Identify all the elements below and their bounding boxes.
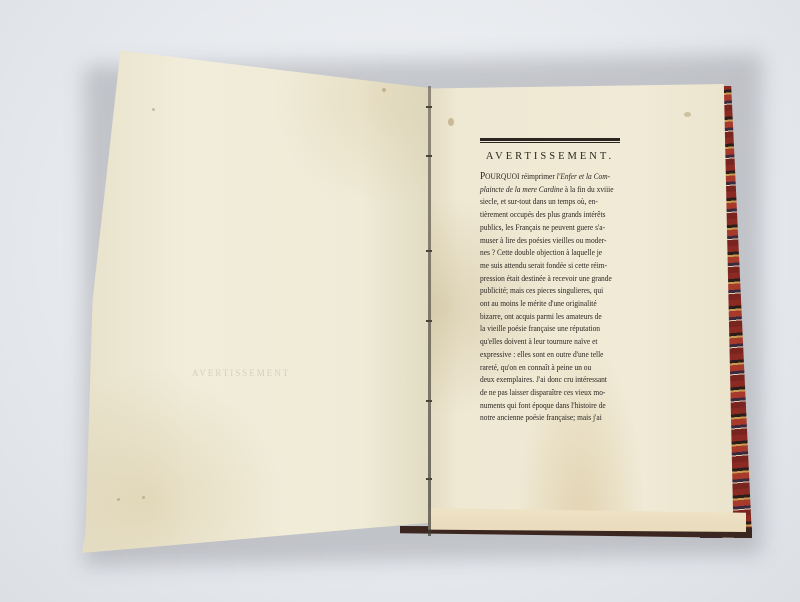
text-span: rareté, qu'on en connaît à peine un ou <box>480 363 591 372</box>
foxing-spot <box>684 112 691 117</box>
foxing-spot <box>382 88 386 92</box>
text-line: publicité; mais ces pieces singulieres, … <box>480 285 621 298</box>
text-line: tièrement occupés des plus grands intérê… <box>480 209 621 222</box>
text-span: notre ancienne poésie française; mais j'… <box>480 413 602 422</box>
binding-stitch <box>426 320 432 322</box>
text-line: rareté, qu'on en connaît à peine un ou <box>480 362 621 375</box>
text-line: numents qui font époque dans l'histoire … <box>480 400 621 413</box>
left-page-paper <box>82 48 432 553</box>
foxing-spot <box>448 118 454 126</box>
text-line: muser à lire des poésies vieilles ou mod… <box>480 235 621 248</box>
text-span: expressive : elles sont en outre d'une t… <box>480 350 603 359</box>
text-line: notre ancienne poésie française; mais j'… <box>480 412 621 425</box>
heading-rule-thin <box>480 142 620 143</box>
text-span: de ne pas laisser disparaître ces vieux … <box>480 388 605 397</box>
text-span: publicité; mais ces pieces singulieres, … <box>480 286 603 295</box>
text-span: siecle, et sur-tout dans un temps où, en… <box>480 197 598 206</box>
text-line: me suis attendu serait fondée si cette r… <box>480 260 621 273</box>
italic-title: l'Enfer et la Com- <box>557 172 610 181</box>
foxing-spot <box>142 496 145 499</box>
text-line: la vieille poésie française une réputati… <box>480 323 621 336</box>
text-line: bizarre, ont acquis parmi les amateurs d… <box>480 311 621 324</box>
text-line: de ne pas laisser disparaître ces vieux … <box>480 387 621 400</box>
binding-stitch <box>426 106 432 108</box>
left-page <box>82 48 432 553</box>
printed-text-block: AVERTISSEMENT. POURQUOI réimprimer l'Enf… <box>480 138 640 425</box>
text-line: POURQUOI réimprimer l'Enfer et la Com- <box>480 171 621 184</box>
page-heading: AVERTISSEMENT. <box>480 151 620 162</box>
photo-scene: AVERTISSEMENT AVERTISSEMENT. POURQUOI ré… <box>0 0 800 602</box>
text-span: deux exemplaires. J'ai donc cru intéress… <box>480 375 607 384</box>
book-gutter <box>428 86 431 536</box>
text-line: ont au moins le mérite d'une originalité <box>480 298 621 311</box>
text-line: publics, les Français ne peuvent guere s… <box>480 222 621 235</box>
show-through-text: AVERTISSEMENT <box>192 368 290 378</box>
text-line: pression était destinée à recevoir une g… <box>480 273 621 286</box>
italic-title: plaincte de la mere Cardine <box>480 185 563 194</box>
text-span: tièrement occupés des plus grands intérê… <box>480 210 605 219</box>
text-line: expressive : elles sont en outre d'une t… <box>480 349 621 362</box>
text-span: bizarre, ont acquis parmi les amateurs d… <box>480 312 602 321</box>
text-span: pression était destinée à recevoir une g… <box>480 274 612 283</box>
body-text: POURQUOI réimprimer l'Enfer et la Com-pl… <box>480 171 640 425</box>
text-line: plaincte de la mere Cardine à la fin du … <box>480 184 621 197</box>
text-line: siecle, et sur-tout dans un temps où, en… <box>480 196 621 209</box>
foxing-spot <box>117 498 120 501</box>
text-span: publics, les Français ne peuvent guere s… <box>480 223 605 232</box>
text-line: qu'elles doivent à leur tournure naïve e… <box>480 336 621 349</box>
binding-stitch <box>426 155 432 157</box>
text-span: qu'elles doivent à leur tournure naïve e… <box>480 337 597 346</box>
text-span: nes ? Cette double objection à laquelle … <box>480 248 602 257</box>
text-span: à la fin du xviiie <box>563 185 614 194</box>
binding-stitch <box>426 250 432 252</box>
binding-stitch <box>426 400 432 402</box>
binding-stitch <box>426 478 432 480</box>
text-line: nes ? Cette double objection à laquelle … <box>480 247 621 260</box>
foxing-spot <box>152 108 155 111</box>
text-line: deux exemplaires. J'ai donc cru intéress… <box>480 374 621 387</box>
text-span: la vieille poésie française une réputati… <box>480 324 600 333</box>
text-span: ont au moins le mérite d'une originalité <box>480 299 597 308</box>
heading-rule-thick <box>480 138 620 141</box>
text-span: numents qui font époque dans l'histoire … <box>480 401 606 410</box>
text-span: muser à lire des poésies vieilles ou mod… <box>480 236 607 245</box>
text-span: OURQUOI réimprimer <box>485 172 556 181</box>
text-span: me suis attendu serait fondée si cette r… <box>480 261 607 270</box>
